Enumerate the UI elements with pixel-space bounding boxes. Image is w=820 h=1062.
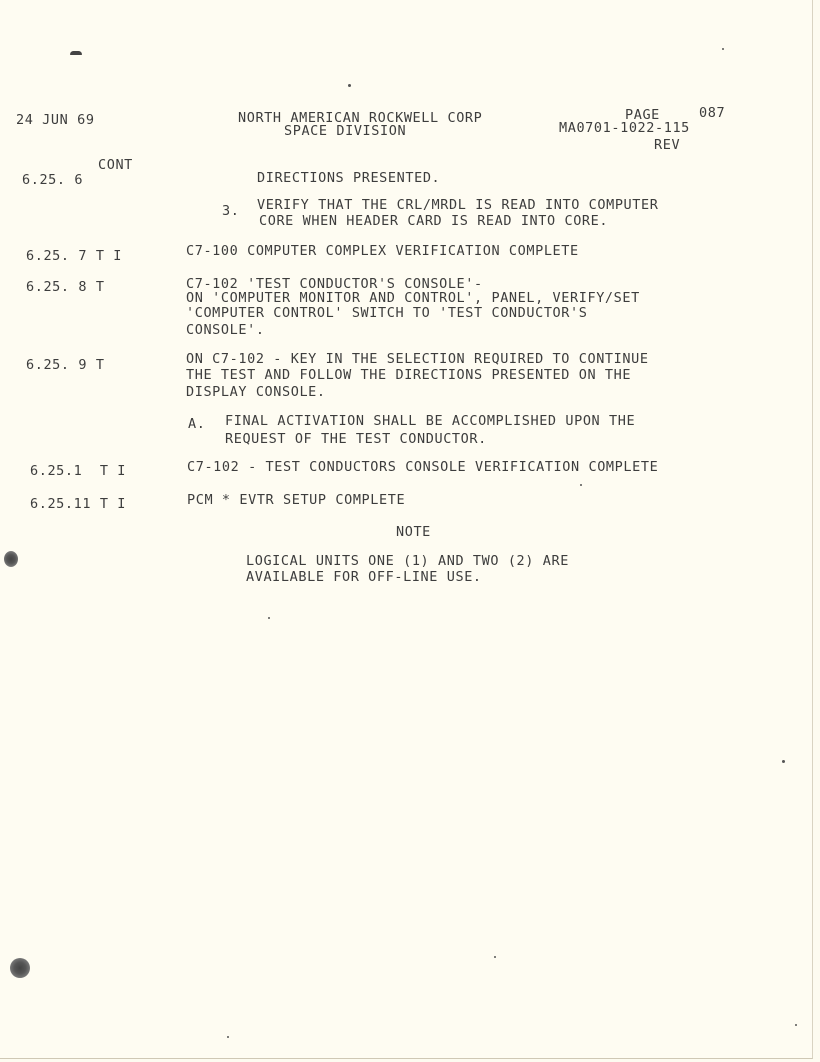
step-text: DIRECTIONS PRESENTED.	[257, 170, 440, 186]
header-revision: REV	[654, 137, 680, 153]
step-id: 6.25. 6	[22, 172, 83, 188]
substep-text: REQUEST OF THE TEST CONDUCTOR.	[225, 431, 487, 447]
ink-speck	[722, 48, 724, 50]
step-text: THE TEST AND FOLLOW THE DIRECTIONS PRESE…	[186, 367, 631, 383]
step-text: C7-100 COMPUTER COMPLEX VERIFICATION COM…	[186, 243, 579, 259]
step-text: PCM * EVTR SETUP COMPLETE	[187, 492, 405, 508]
step-text: CONSOLE'.	[186, 322, 265, 338]
substep-marker: 3.	[222, 203, 239, 219]
continued-label: CONT	[98, 157, 133, 173]
hole-punch-mark	[4, 551, 18, 567]
ink-speck	[795, 1024, 797, 1026]
note-text: LOGICAL UNITS ONE (1) AND TWO (2) ARE	[246, 553, 569, 569]
hole-punch-mark	[10, 958, 30, 978]
substep-text: VERIFY THAT THE CRL/MRDL IS READ INTO CO…	[257, 197, 658, 213]
header-division: SPACE DIVISION	[284, 123, 406, 139]
ink-speck	[70, 51, 82, 55]
substep-text: FINAL ACTIVATION SHALL BE ACCOMPLISHED U…	[225, 413, 635, 429]
step-id: 6.25. 8 T	[26, 279, 105, 295]
ink-speck	[227, 1036, 229, 1038]
step-text: ON C7-102 - KEY IN THE SELECTION REQUIRE…	[186, 351, 649, 367]
ink-speck	[782, 760, 785, 763]
step-text: ON 'COMPUTER MONITOR AND CONTROL', PANEL…	[186, 290, 640, 306]
step-text: DISPLAY CONSOLE.	[186, 384, 326, 400]
header-date: 24 JUN 69	[16, 112, 95, 128]
step-id: 6.25. 9 T	[26, 357, 105, 373]
substep-marker: A.	[188, 416, 205, 432]
step-id: 6.25.1 T I	[30, 463, 126, 479]
note-title: NOTE	[396, 524, 431, 540]
step-text: 'COMPUTER CONTROL' SWITCH TO 'TEST CONDU…	[186, 305, 587, 321]
step-id: 6.25. 7 T I	[26, 248, 122, 264]
ink-speck	[268, 617, 270, 619]
ink-speck	[494, 956, 496, 958]
step-text: C7-102 - TEST CONDUCTORS CONSOLE VERIFIC…	[187, 459, 658, 475]
step-id: 6.25.11 T I	[30, 496, 126, 512]
note-text: AVAILABLE FOR OFF-LINE USE.	[246, 569, 482, 585]
header-document-number: MA0701-1022-115	[559, 120, 690, 136]
document-page: 24 JUN 69 NORTH AMERICAN ROCKWELL CORP S…	[0, 0, 813, 1059]
header-page-number: 087	[699, 105, 725, 121]
ink-speck	[580, 484, 582, 486]
ink-speck	[348, 84, 351, 87]
substep-text: CORE WHEN HEADER CARD IS READ INTO CORE.	[259, 213, 608, 229]
